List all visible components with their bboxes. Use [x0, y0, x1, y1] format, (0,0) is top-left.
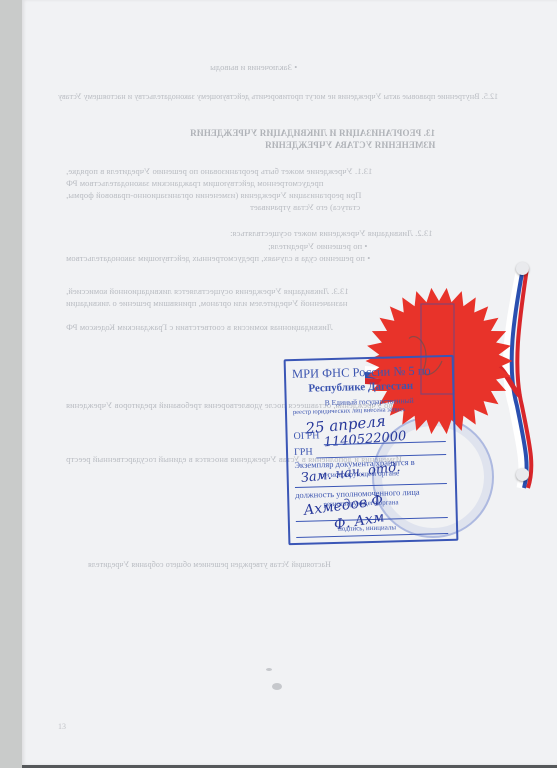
- grn-label: ГРН: [294, 447, 313, 458]
- bleed-text: • по решению Учредителя;: [268, 241, 367, 251]
- bleed-text: 12.5. Внутренние правовые акты Учреждени…: [58, 92, 498, 101]
- ribbon-knob-top: [516, 262, 529, 275]
- bleed-text: • по решению суда в случаях, предусмотре…: [66, 253, 370, 263]
- ribbon-knob-bottom: [516, 468, 529, 481]
- bleed-text: 13.2. Ликвидация Учреждения может осущес…: [230, 228, 433, 238]
- ogrn-label: ОГРН: [293, 430, 319, 442]
- bleed-text: 13.3. Ликвидация Учреждения осуществляет…: [66, 286, 349, 296]
- scan-spot: [266, 668, 272, 671]
- bleed-text: назначенной Учредителем или органом, при…: [66, 298, 347, 308]
- bleed-text: При реорганизации Учреждения (изменении …: [66, 190, 361, 200]
- bleed-text: Настоящий Устав утвержден решением общег…: [88, 560, 331, 569]
- bleed-heading: ИЗМЕНЕНИЯ УСТАВА УЧРЕЖДЕНИЯ: [265, 140, 435, 150]
- bleed-heading: 13. РЕОРГАНИЗАЦИЯ И ЛИКВИДАЦИЯ УЧРЕЖДЕНИ…: [190, 128, 435, 138]
- bleed-text: 13.1. Учреждение может быть реорганизова…: [66, 166, 372, 176]
- bleed-text: предусмотренном действующим гражданским …: [66, 178, 323, 188]
- bleed-text: • Заключения и выводы: [210, 62, 297, 72]
- registration-stamp: МРИ ФНС России № 5 по Республике Дагеста…: [284, 355, 459, 545]
- scan-spot: [272, 683, 282, 690]
- bleed-text: Ликвидационная комиссия в соответствии с…: [66, 322, 333, 332]
- bleed-text: статуса) его Устав утрачивает: [250, 202, 360, 212]
- page-number: 13: [58, 722, 66, 731]
- stamp-region: Республике Дагестан: [308, 380, 413, 395]
